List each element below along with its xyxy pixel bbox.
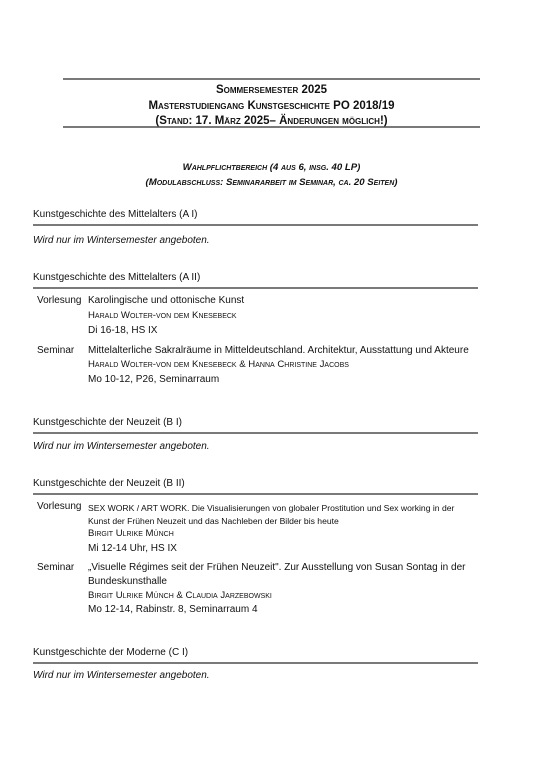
course-lecturer: Birgit Ulrike Münch & Claudia Jarzebowsk… [88,590,272,602]
course-type: Seminar [37,562,74,574]
course-title: Karolingische und ottonische Kunst [88,295,244,307]
course-title-line1: „Visuelle Régimes seit der Frühen Neuzei… [88,562,465,574]
course-time: Di 16-18, HS IX [88,325,157,337]
course-lecturer: Birgit Ulrike Münch [88,528,174,540]
wahlpflicht-heading: Wahlpflichtbereich (4 aus 6, insg. 40 LP… [0,162,543,174]
course-title-line2: Bundeskunsthalle [88,576,167,588]
section-heading-c1: Kunstgeschichte der Moderne (C I) [33,647,478,664]
course-title-line2: Kunst der Frühen Neuzeit und das Nachleb… [88,515,339,527]
section-heading-a1: Kunstgeschichte des Mittelalters (A I) [33,209,478,226]
section-heading-b1: Kunstgeschichte der Neuzeit (B I) [33,417,478,434]
section-heading-a2: Kunstgeschichte des Mittelalters (A II) [33,272,478,289]
module-completion-note: (Modulabschluss: Seminararbeit im Semina… [0,177,543,189]
course-time: Mo 10-12, P26, Seminarraum [88,374,219,386]
course-lecturer: Harald Wolter-von dem Knesebeck & Hanna … [88,359,349,371]
program-title: Masterstudiengang Kunstgeschichte PO 201… [63,99,480,113]
section-note-a1: Wird nur im Wintersemester angeboten. [33,235,210,247]
course-title: Mittelalterliche Sakralräume in Mittelde… [88,345,469,357]
course-type: Seminar [37,345,74,357]
document-page: Sommersemester 2025 Masterstudiengang Ku… [0,0,543,768]
course-type: Vorlesung [37,501,81,513]
section-note-c1: Wird nur im Wintersemester angeboten. [33,670,210,682]
document-title-block: Sommersemester 2025 Masterstudiengang Ku… [63,78,480,128]
section-note-b1: Wird nur im Wintersemester angeboten. [33,441,210,453]
course-lecturer: Harald Wolter-von dem Knesebeck [88,310,237,322]
status-note: (Stand: 17. März 2025– Änderungen möglic… [63,114,480,128]
course-time: Mo 12-14, Rabinstr. 8, Seminarraum 4 [88,604,258,616]
course-time: Mi 12-14 Uhr, HS IX [88,543,177,555]
course-type: Vorlesung [37,295,81,307]
semester-title: Sommersemester 2025 [63,83,480,97]
course-title-line1: SEX WORK / ART WORK. Die Visualisierunge… [88,502,454,514]
section-heading-b2: Kunstgeschichte der Neuzeit (B II) [33,478,478,495]
